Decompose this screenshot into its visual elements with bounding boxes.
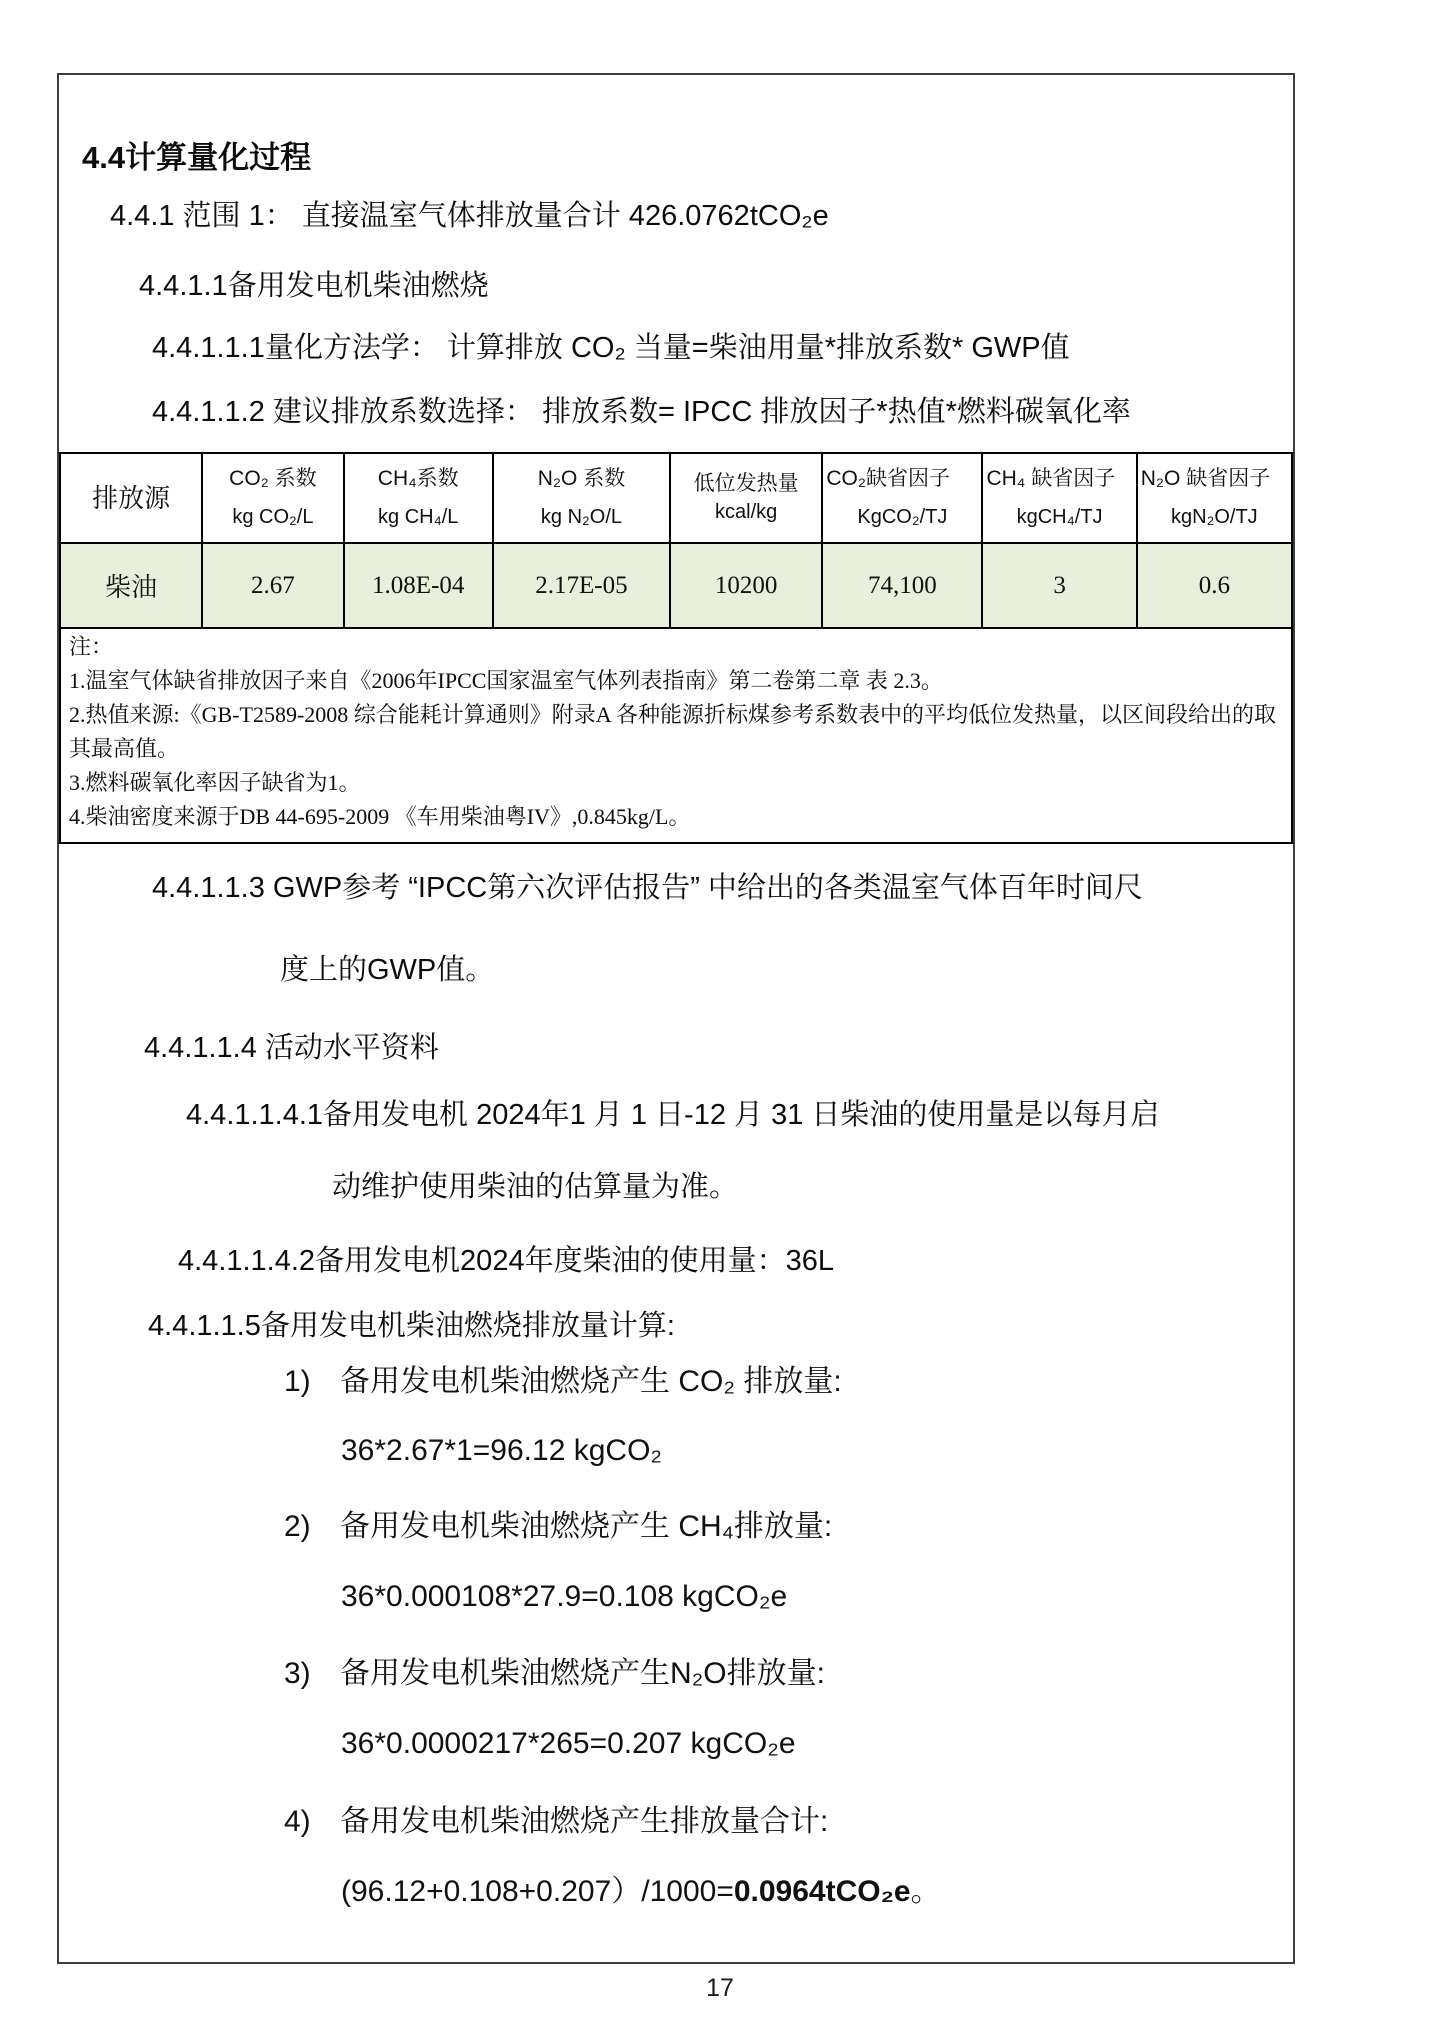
heading-4-4: 4.4计算量化过程 [82, 139, 311, 177]
note-item-2: 2.热值来源:《GB-T2589-2008 综合能耗计算通则》附录A 各种能源折… [69, 698, 1283, 766]
heading-4-4-1-1-3-line1: 4.4.1.1.3 GWP参考 “IPCC第六次评估报告” 中给出的各类温室气体… [152, 869, 1143, 907]
table-row-diesel: 柴油 2.67 1.08E-04 2.17E-05 10200 74,100 3… [60, 543, 1292, 628]
cell-n2o-factor: 2.17E-05 [493, 543, 670, 628]
calc-item-label: 备用发电机柴油燃烧产生 CO₂ 排放量: [340, 1362, 842, 1402]
heading-4-4-1-1-1: 4.4.1.1.1量化方法学： 计算排放 CO₂ 当量=柴油用量*排放系数* G… [152, 329, 1070, 367]
col-header-n2o-default: N₂O 缺省因子 kgN₂O/TJ [1137, 453, 1292, 543]
col-header-co2-factor: CO₂ 系数 kg CO₂/L [202, 453, 343, 543]
table-notes-box: 注： 1.温室气体缺省排放因子来自《2006年IPCC国家温室气体列表指南》第二… [59, 627, 1293, 844]
col-header-label: CO₂ 系数 [229, 467, 317, 491]
cell-source: 柴油 [60, 543, 202, 628]
heading-4-4-1-1-4-1-line2: 动维护使用柴油的估算量为准。 [332, 1168, 738, 1206]
col-header-label: 低位发热量 [694, 472, 799, 496]
calc-item-label: 备用发电机柴油燃烧产生排放量合计: [340, 1802, 828, 1842]
formula-text: (96.12+0.108+0.207）/1000= [341, 1875, 734, 1908]
emission-factor-table: 排放源 CO₂ 系数 kg CO₂/L CH₄系数 kg CH₄/L [59, 452, 1293, 629]
notes-label: 注： [69, 630, 1283, 664]
col-header-label: CH₄系数 [378, 467, 459, 491]
cell-co2-factor: 2.67 [202, 543, 343, 628]
cell-heating-value: 10200 [670, 543, 822, 628]
calc-item-label: 备用发电机柴油燃烧产生 CH₄排放量: [340, 1507, 832, 1547]
col-header-unit: kg CO₂/L [232, 505, 313, 529]
formula-text: 36*0.0000217*265=0.207 kgCO₂e [341, 1727, 796, 1760]
heading-4-4-1-1-3-line2: 度上的GWP值。 [280, 951, 494, 989]
calc-item-label: 备用发电机柴油燃烧产生N₂O排放量: [340, 1654, 825, 1694]
calc-item-1-heading: 1) 备用发电机柴油燃烧产生 CO₂ 排放量: [284, 1362, 842, 1402]
col-header-co2-default: CO₂缺省因子 KgCO₂/TJ [822, 453, 982, 543]
cell-ch4-factor: 1.08E-04 [344, 543, 493, 628]
heading-4-4-1: 4.4.1 范围 1： 直接温室气体排放量合计 426.0762tCO₂e [110, 197, 829, 235]
calc-item-1-formula: 36*2.67*1=96.12 kgCO₂ [341, 1430, 662, 1472]
col-header-label: CH₄ 缺省因子 [983, 467, 1115, 491]
page-number: 17 [0, 1974, 1440, 2003]
col-header-ch4-default: CH₄ 缺省因子 kgCH₄/TJ [982, 453, 1136, 543]
col-header-unit: kg N₂O/L [541, 505, 622, 529]
calc-item-2-formula: 36*0.000108*27.9=0.108 kgCO₂e [341, 1576, 787, 1618]
calc-item-3-heading: 3) 备用发电机柴油燃烧产生N₂O排放量: [284, 1654, 825, 1694]
heading-4-4-1-1-5: 4.4.1.1.5备用发电机柴油燃烧排放量计算: [148, 1307, 675, 1345]
heading-4-4-1-1-2: 4.4.1.1.2 建议排放系数选择： 排放系数= IPCC 排放因子*热值*燃… [152, 393, 1131, 431]
heading-4-4-1-1: 4.4.1.1备用发电机柴油燃烧 [139, 267, 489, 305]
table-header-row: 排放源 CO₂ 系数 kg CO₂/L CH₄系数 kg CH₄/L [60, 453, 1292, 543]
col-header-unit: kg CH₄/L [378, 505, 458, 529]
col-header-unit: kgCH₄/TJ [1017, 505, 1103, 529]
col-header-source: 排放源 [60, 453, 202, 543]
formula-text: 36*0.000108*27.9=0.108 kgCO₂e [341, 1580, 787, 1613]
document-scan-page: { "page": { "number": "17" }, "headings"… [0, 0, 1440, 2036]
note-item-3: 3.燃料碳氧化率因子缺省为1。 [69, 766, 1283, 800]
heading-4-4-1-1-4: 4.4.1.1.4 活动水平资料 [144, 1029, 439, 1067]
col-header-unit: KgCO₂/TJ [857, 505, 947, 529]
heading-4-4-1-1-4-2: 4.4.1.1.4.2备用发电机2024年度柴油的使用量：36L [178, 1242, 834, 1280]
cell-co2-default: 74,100 [822, 543, 982, 628]
calc-item-4-formula: (96.12+0.108+0.207）/1000=0.0964tCO₂e。 [341, 1871, 941, 1913]
note-item-4: 4.柴油密度来源于DB 44-695-2009 《车用柴油粤IV》,0.845k… [69, 800, 1283, 834]
heading-4-4-1-1-4-1-line1: 4.4.1.1.4.1备用发电机 2024年1 月 1 日-12 月 31 日柴… [186, 1096, 1159, 1134]
content-border-box: 4.4计算量化过程 4.4.1 范围 1： 直接温室气体排放量合计 426.07… [57, 73, 1295, 1964]
col-header-heating-value: 低位发热量 kcal/kg [670, 453, 822, 543]
col-header-label: N₂O 系数 [538, 467, 626, 491]
col-header-label: N₂O 缺省因子 [1138, 467, 1271, 491]
calc-item-2-heading: 2) 备用发电机柴油燃烧产生 CH₄排放量: [284, 1507, 832, 1547]
formula-suffix: 。 [911, 1875, 941, 1908]
col-header-ch4-factor: CH₄系数 kg CH₄/L [344, 453, 493, 543]
calc-item-3-formula: 36*0.0000217*265=0.207 kgCO₂e [341, 1723, 796, 1765]
formula-text: 36*2.67*1=96.12 kgCO₂ [341, 1434, 662, 1467]
col-header-label: CO₂缺省因子 [823, 467, 950, 491]
calc-item-number: 4) [284, 1802, 322, 1842]
calc-item-number: 3) [284, 1654, 322, 1694]
col-header-unit: kgN₂O/TJ [1171, 505, 1258, 529]
cell-ch4-default: 3 [982, 543, 1136, 628]
calc-item-4-heading: 4) 备用发电机柴油燃烧产生排放量合计: [284, 1802, 828, 1842]
calc-item-number: 1) [284, 1362, 322, 1402]
formula-bold-result: 0.0964tCO₂e [734, 1875, 911, 1908]
col-header-unit: kcal/kg [715, 500, 777, 524]
col-header-n2o-factor: N₂O 系数 kg N₂O/L [493, 453, 670, 543]
note-item-1: 1.温室气体缺省排放因子来自《2006年IPCC国家温室气体列表指南》第二卷第二… [69, 664, 1283, 698]
calc-item-number: 2) [284, 1507, 322, 1547]
cell-n2o-default: 0.6 [1137, 543, 1292, 628]
col-header-label: 排放源 [92, 486, 170, 510]
